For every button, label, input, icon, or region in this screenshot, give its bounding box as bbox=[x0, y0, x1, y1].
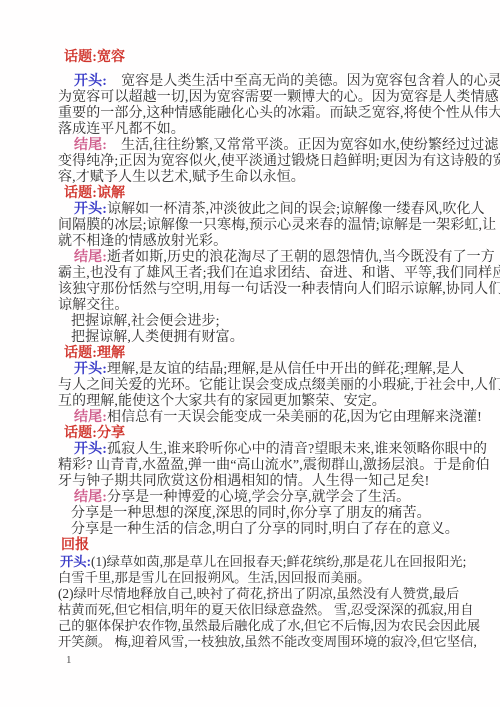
body-text: 变得纯净;正因为宽容似火,使平淡通过锻烧日趋鲜明;更因为有这诗般的宽 bbox=[58, 154, 500, 169]
document-page: 话题:宽容开头: 宽容是人类生活中至高无尚的美德。因为宽容包含着人的心灵,因为宽… bbox=[0, 0, 500, 707]
text-line: 开头:孤寂人生,谁来聆听你心中的清音?望眼未来,谁来领略你眼中的 bbox=[74, 442, 492, 458]
body-text: 间隔膜的冰层;谅解像一只寒梅,预示心灵来春的温情;谅解是一架彩虹,让 bbox=[58, 218, 496, 233]
text-line: 话题:宽容 bbox=[64, 50, 492, 66]
text-line: 回报 bbox=[61, 538, 492, 554]
text-line: 互的理解,能使这个大家共有的家园更加繁荣、安定。 bbox=[58, 394, 492, 410]
body-text: 分享是一种生活的信念,明白了分享的同时,明白了存在的意义。 bbox=[71, 522, 459, 537]
body-text: 重要的一部分,这种情感能融化心头的冰霜。而缺乏宽容,将使个性从伟大堕 bbox=[58, 106, 500, 121]
topic-label: 话题:宽容 bbox=[64, 50, 125, 65]
body-text: 分享是一种思想的深度,深思的同时,你分享了朋友的痛苦。 bbox=[71, 506, 431, 521]
text-line: 白雪千里,那是雪儿在回报朔风。生活,因回报而美丽。 bbox=[58, 570, 492, 586]
text-line: 分享是一种思想的深度,深思的同时,你分享了朋友的痛苦。 bbox=[71, 506, 492, 522]
text-line: 枯黄而死,但它相信,明年的夏天依旧绿意盎然。 雪,忍受深深的孤寂,用自 bbox=[58, 602, 492, 618]
opening-label: 开头: bbox=[74, 202, 107, 217]
body-text: 谅解交往。 bbox=[58, 298, 129, 313]
body-text: 理解,是友谊的结晶;理解,是从信任中开出的鲜花;理解,是人 bbox=[107, 362, 464, 377]
body-text: 逝者如斯,历史的浪花淘尽了王朝的恩怨情仇,当今既没有了一方 bbox=[107, 250, 495, 265]
body-text: 精彩? 山青青,水盈盈,弹一曲“高山流水”,震彻群山,激扬层浪。于是俞伯 bbox=[58, 458, 490, 473]
body-text: 生活,往往纷繁,又常常平淡。正因为宽容如水,使纷繁经过过滤 bbox=[107, 138, 499, 153]
body-text: 谅解如一杯清茶,冲淡彼此之间的误会;谅解像一缕春风,吹化人 bbox=[107, 202, 485, 217]
text-line: 该独守那份恬然与空明,用每一句话没一种表情向人们昭示谅解,协同人们用 bbox=[58, 282, 492, 298]
text-line: 重要的一部分,这种情感能融化心头的冰霜。而缺乏宽容,将使个性从伟大堕 bbox=[58, 106, 492, 122]
text-line: 结尾: 生活,往往纷繁,又常常平淡。正因为宽容如水,使纷繁经过过滤 bbox=[74, 138, 492, 154]
body-text: 把握谅解,人类便拥有财富。 bbox=[71, 330, 244, 345]
text-line: 把握谅解,人类便拥有财富。 bbox=[71, 330, 492, 346]
text-line: 牙与钟子期共同欣赏这份相遇相知的情。人生得一知己足矣! bbox=[58, 474, 492, 490]
topic-label: 话题:理解 bbox=[64, 346, 125, 361]
body-text: 把握谅解,社会便会进步; bbox=[71, 314, 220, 329]
body-text: 为宽容可以超越一切,因为宽容需要一颗博大的心。因为宽容是人类情感中最 bbox=[58, 90, 500, 105]
text-line: 变得纯净;正因为宽容似火,使平淡通过锻烧日趋鲜明;更因为有这诗般的宽 bbox=[58, 154, 492, 170]
closing-label: 结尾: bbox=[74, 410, 107, 425]
closing-label: 结尾: bbox=[74, 250, 107, 265]
body-text: 开笑颜。 梅,迎着风雪,一枝独放,虽然不能改变周围环境的寂冷,但它坚信, bbox=[58, 634, 477, 649]
body-text: 霸主,也没有了雄风王者;我们在追求团结、奋进、和谐、平等,我们同样应 bbox=[58, 266, 500, 281]
text-line: 落成连平凡都不如。 bbox=[58, 122, 492, 138]
body-text: 牙与钟子期共同欣赏这份相遇相知的情。人生得一知己足矣! bbox=[58, 474, 429, 489]
text-line: 话题:谅解 bbox=[64, 186, 492, 202]
opening-label: 开头: bbox=[60, 554, 91, 569]
closing-label: 结尾: bbox=[74, 138, 107, 153]
text-line: 开头:(1)绿草如茵,那是草儿在回报春天;鲜花缤纷,那是花儿在回报阳光; bbox=[60, 554, 492, 570]
text-line: 结尾:逝者如斯,历史的浪花淘尽了王朝的恩怨情仇,当今既没有了一方 bbox=[74, 250, 492, 266]
text-line: 容,才赋予人生以艺术,赋予生命以永恒。 bbox=[58, 170, 492, 186]
body-text: 白雪千里,那是雪儿在回报朔风。生活,因回报而美丽。 bbox=[58, 570, 370, 585]
opening-label: 开头: bbox=[74, 74, 107, 89]
text-line: 为宽容可以超越一切,因为宽容需要一颗博大的心。因为宽容是人类情感中最 bbox=[58, 90, 492, 106]
text-line: (2)绿叶尽情地释放自己,映衬了荷花,挤出了阴凉,虽然没有人赞赏,最后 bbox=[58, 586, 492, 602]
body-text: (2)绿叶尽情地释放自己,映衬了荷花,挤出了阴凉,虽然没有人赞赏,最后 bbox=[58, 586, 459, 601]
text-line: 与人之间关爱的光环。它能让误会变成点缀美丽的小瑕疵,于社会中,人们相 bbox=[58, 378, 492, 394]
text-line: 开笑颜。 梅,迎着风雪,一枝独放,虽然不能改变周围环境的寂冷,但它坚信, bbox=[58, 634, 492, 650]
topic-label: 话题:分享 bbox=[64, 426, 125, 441]
body-text: 枯黄而死,但它相信,明年的夏天依旧绿意盎然。 雪,忍受深深的孤寂,用自 bbox=[58, 602, 474, 617]
section-heading: 回报 bbox=[61, 538, 89, 553]
page-number: 1 bbox=[66, 654, 72, 666]
text-line: 开头:理解,是友谊的结晶;理解,是从信任中开出的鲜花;理解,是人 bbox=[74, 362, 492, 378]
body-text: 落成连平凡都不如。 bbox=[58, 122, 185, 137]
text-line: 话题:分享 bbox=[64, 426, 492, 442]
text-line: 把握谅解,社会便会进步; bbox=[71, 314, 492, 330]
text-line: 分享是一种生活的信念,明白了分享的同时,明白了存在的意义。 bbox=[71, 522, 492, 538]
text-line: 间隔膜的冰层;谅解像一只寒梅,预示心灵来春的温情;谅解是一架彩虹,让 bbox=[58, 218, 492, 234]
body-text: 互的理解,能使这个大家共有的家园更加繁荣、安定。 bbox=[58, 394, 386, 409]
text-line: 精彩? 山青青,水盈盈,弹一曲“高山流水”,震彻群山,激扬层浪。于是俞伯 bbox=[58, 458, 492, 474]
body-text: 己的躯体保护农作物,虽然最后融化成了水,但它不后悔,因为农民会因此展 bbox=[58, 618, 480, 633]
text-line: 结尾:分享是一种博爱的心境,学会分享,就学会了生活。 bbox=[74, 490, 492, 506]
closing-label: 结尾: bbox=[74, 490, 107, 505]
text-line: 结尾:相信总有一天误会能变成一朵美丽的花,因为它由理解来浇灌! bbox=[74, 410, 492, 426]
body-text: 相信总有一天误会能变成一朵美丽的花,因为它由理解来浇灌! bbox=[107, 410, 482, 425]
text-line: 开头:谅解如一杯清茶,冲淡彼此之间的误会;谅解像一缕春风,吹化人 bbox=[74, 202, 492, 218]
body-text: 孤寂人生,谁来聆听你心中的清音?望眼未来,谁来领略你眼中的 bbox=[107, 442, 487, 457]
opening-label: 开头: bbox=[74, 442, 107, 457]
text-line: 就不相逢的情感放射光彩。 bbox=[58, 234, 492, 250]
body-text: 就不相逢的情感放射光彩。 bbox=[58, 234, 227, 249]
document-content: 话题:宽容开头: 宽容是人类生活中至高无尚的美德。因为宽容包含着人的心灵,因为宽… bbox=[58, 50, 492, 650]
body-text: 与人之间关爱的光环。它能让误会变成点缀美丽的小瑕疵,于社会中,人们相 bbox=[58, 378, 500, 393]
text-line: 霸主,也没有了雄风王者;我们在追求团结、奋进、和谐、平等,我们同样应 bbox=[58, 266, 492, 282]
text-line: 谅解交往。 bbox=[58, 298, 492, 314]
body-text: 分享是一种博爱的心境,学会分享,就学会了生活。 bbox=[107, 490, 410, 505]
text-line: 开头: 宽容是人类生活中至高无尚的美德。因为宽容包含着人的心灵,因 bbox=[74, 74, 492, 90]
opening-label: 开头: bbox=[74, 362, 107, 377]
body-text: 宽容是人类生活中至高无尚的美德。因为宽容包含着人的心灵,因 bbox=[107, 74, 500, 89]
body-text: (1)绿草如茵,那是草儿在回报春天;鲜花缤纷,那是花儿在回报阳光; bbox=[91, 554, 466, 569]
text-line: 话题:理解 bbox=[64, 346, 492, 362]
body-text: 容,才赋予人生以艺术,赋予生命以永恒。 bbox=[58, 170, 305, 185]
body-text: 该独守那份恬然与空明,用每一句话没一种表情向人们昭示谅解,协同人们用 bbox=[58, 282, 500, 297]
topic-label: 话题:谅解 bbox=[64, 186, 125, 201]
text-line: 己的躯体保护农作物,虽然最后融化成了水,但它不后悔,因为农民会因此展 bbox=[58, 618, 492, 634]
